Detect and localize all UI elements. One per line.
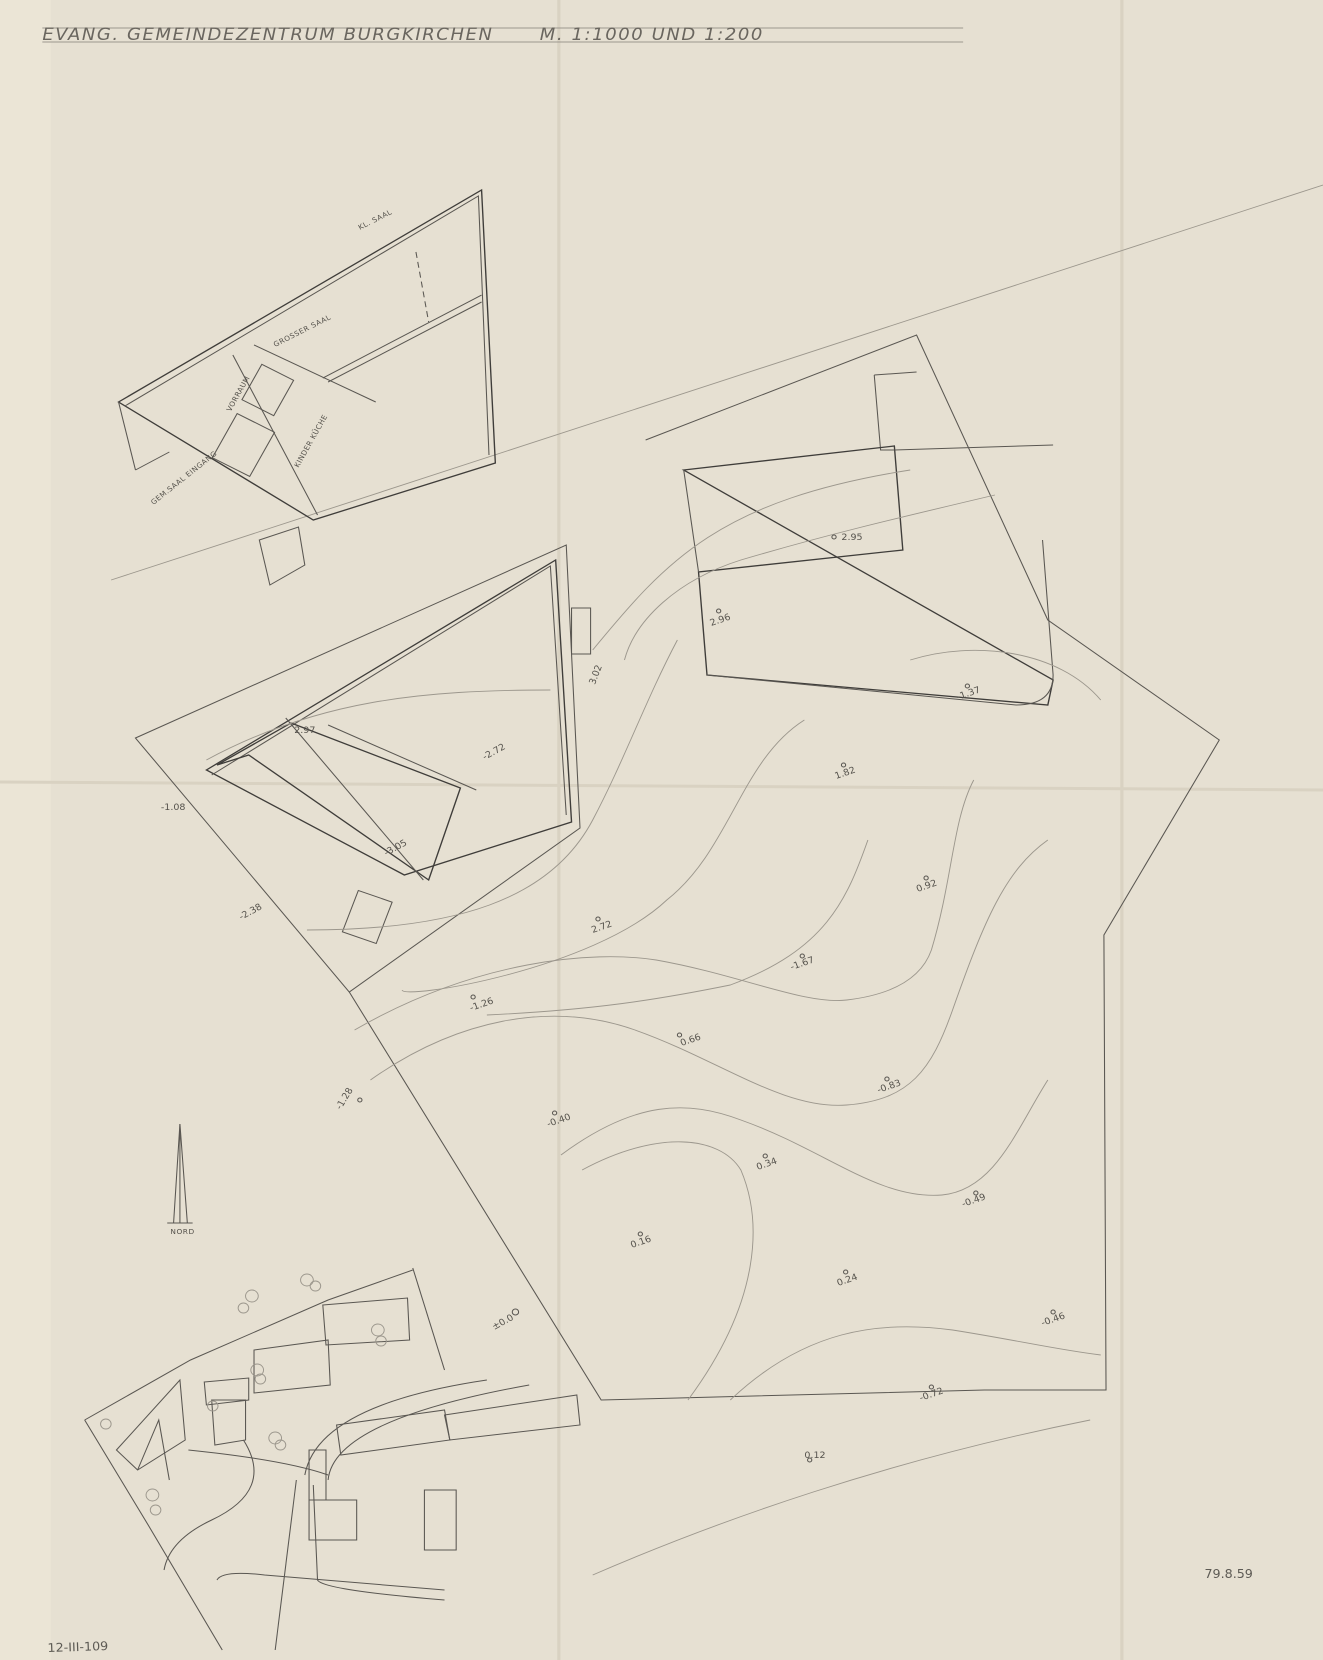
drawing-title: EVANG. GEMEINDEZENTRUM BURGKIRCHEN xyxy=(42,25,493,44)
drawing-sheet: EVANG. GEMEINDEZENTRUM BURGKIRCHEN M. 1:… xyxy=(0,0,1323,1660)
drawing-scale: M. 1:1000 UND 1:200 xyxy=(540,25,764,44)
architectural-drawing: EVANG. GEMEINDEZENTRUM BURGKIRCHEN M. 1:… xyxy=(0,0,1323,1660)
spot-elevation: -1.08 xyxy=(161,802,186,813)
spot-elevation: 2.97 xyxy=(294,725,315,736)
north-label: NORD xyxy=(170,1227,194,1236)
svg-text:0.12: 0.12 xyxy=(804,1450,825,1461)
svg-text:2.95: 2.95 xyxy=(841,532,862,543)
spot-elevation: 0.12 xyxy=(804,1450,825,1462)
date-note: 79.8.59 xyxy=(1204,1567,1252,1581)
archive-number: 12-III-109 xyxy=(47,1639,108,1655)
